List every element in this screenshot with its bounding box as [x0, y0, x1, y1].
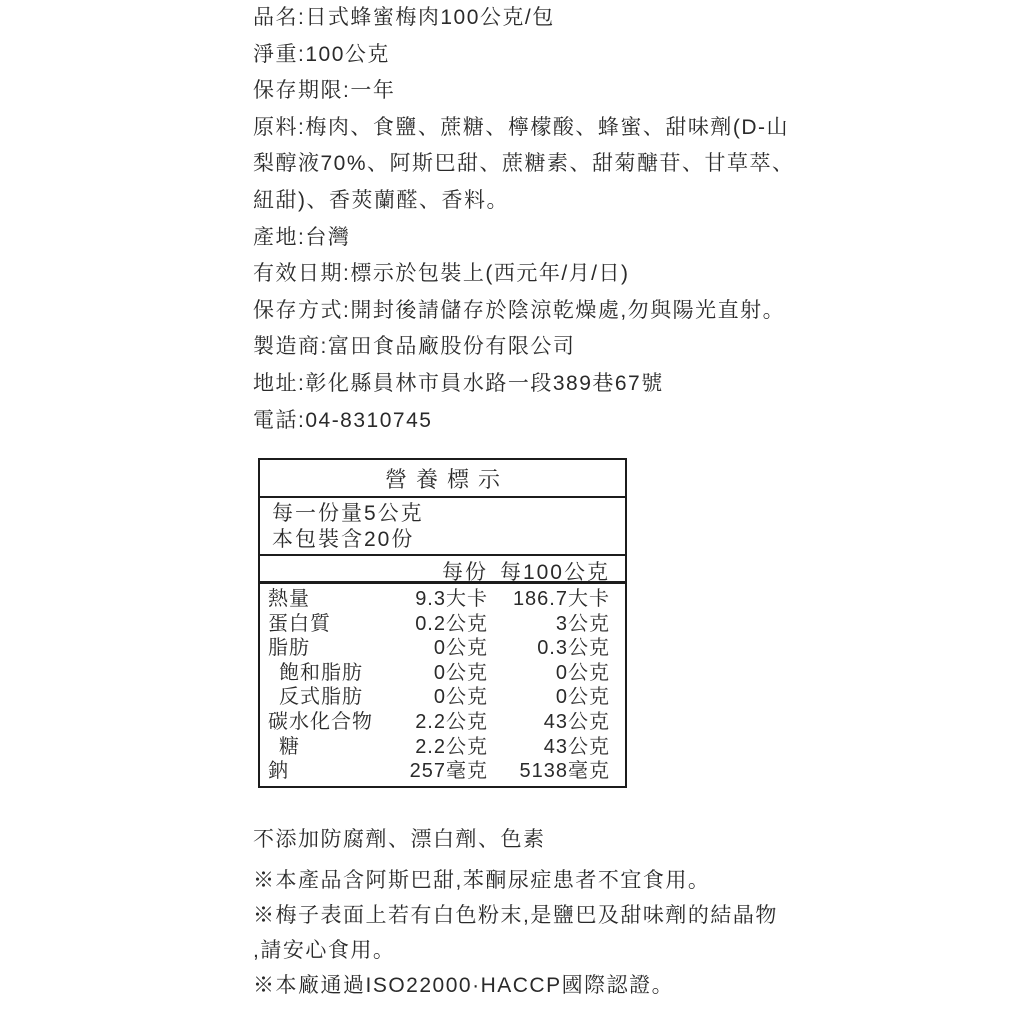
per-100g-value: 5138毫克 — [488, 759, 610, 784]
manufacturer-line: 製造商:富田食品廠股份有限公司 — [253, 329, 853, 366]
storage-method-line: 保存方式:開封後請儲存於陰涼乾燥處,勿與陽光直射。 — [253, 293, 853, 330]
per-100g-value: 0.3公克 — [488, 636, 610, 661]
per-serving-value: 0公克 — [396, 661, 488, 686]
table-row-sodium: 鈉 257毫克 5138毫克 — [260, 759, 625, 784]
servings-per-pack-text: 本包裝含20份 — [272, 527, 625, 553]
shelf-life-line: 保存期限:一年 — [253, 73, 853, 110]
per-100g-value: 43公克 — [488, 710, 610, 735]
nutrient-label: 蛋白質 — [268, 612, 396, 637]
per-100g-value: 186.7大卡 — [488, 587, 610, 612]
certification-line: ※本廠通過ISO22000·HACCP國際認證。 — [253, 968, 873, 1003]
per-serving-value: 257毫克 — [396, 759, 488, 784]
column-header-per-serving: 每份 — [396, 556, 488, 586]
nutrient-label: 熱量 — [268, 587, 396, 612]
serving-info-section: 每一份量5公克 本包裝含20份 — [260, 498, 625, 556]
per-serving-value: 0公克 — [396, 685, 488, 710]
per-serving-value: 0.2公克 — [396, 612, 488, 637]
nutrient-label: 鈉 — [268, 759, 396, 784]
per-100g-value: 0公克 — [488, 685, 610, 710]
ingredients-line-3: 紐甜)、香莢蘭醛、香料。 — [253, 183, 853, 220]
nutrition-column-header: 每份 每100公克 — [260, 556, 625, 584]
product-name-line: 品名:日式蜂蜜梅肉100公克/包 — [253, 0, 853, 37]
product-label: 品名:日式蜂蜜梅肉100公克/包 淨重:100公克 保存期限:一年 原料:梅肉、… — [0, 0, 1024, 1024]
table-row-fat: 脂肪 0公克 0.3公克 — [260, 636, 625, 661]
nutrient-label: 脂肪 — [268, 636, 396, 661]
net-weight-line: 淨重:100公克 — [253, 37, 853, 74]
per-serving-value: 0公克 — [396, 636, 488, 661]
expiry-date-line: 有效日期:標示於包裝上(西元年/月/日) — [253, 256, 853, 293]
nutrient-label: 碳水化合物 — [268, 710, 396, 735]
phone-line: 電話:04-8310745 — [253, 403, 853, 440]
nutrition-table-body: 熱量 9.3大卡 186.7大卡 蛋白質 0.2公克 3公克 脂肪 0公克 0.… — [260, 584, 625, 786]
table-row-protein: 蛋白質 0.2公克 3公克 — [260, 612, 625, 637]
table-row-trans-fat: 反式脂肪 0公克 0公克 — [260, 685, 625, 710]
per-serving-value: 2.2公克 — [396, 710, 488, 735]
per-100g-value: 0公克 — [488, 661, 610, 686]
aspartame-warning-line: ※本產品含阿斯巴甜,苯酮尿症患者不宜食用。 — [253, 863, 873, 898]
serving-size-text: 每一份量5公克 — [272, 501, 625, 527]
address-line: 地址:彰化縣員林市員水路一段389巷67號 — [253, 366, 853, 403]
nutrient-label: 飽和脂肪 — [268, 661, 396, 686]
table-row-carbohydrate: 碳水化合物 2.2公克 43公克 — [260, 710, 625, 735]
table-row-saturated-fat: 飽和脂肪 0公克 0公克 — [260, 661, 625, 686]
per-100g-value: 3公克 — [488, 612, 610, 637]
ingredients-line-2: 梨醇液70%、阿斯巴甜、蔗糖素、甜菊醣苷、甘草萃、 — [253, 146, 853, 183]
column-header-per-100g: 每100公克 — [488, 556, 610, 586]
white-powder-note-line-2: ,請安心食用。 — [253, 933, 873, 968]
table-row-sugar: 糖 2.2公克 43公克 — [260, 735, 625, 760]
origin-line: 產地:台灣 — [253, 220, 853, 257]
product-info-block: 品名:日式蜂蜜梅肉100公克/包 淨重:100公克 保存期限:一年 原料:梅肉、… — [253, 0, 853, 439]
no-additives-line: 不添加防腐劑、漂白劑、色素 — [253, 822, 873, 857]
per-serving-value: 9.3大卡 — [396, 587, 488, 612]
footnotes-block: 不添加防腐劑、漂白劑、色素 ※本產品含阿斯巴甜,苯酮尿症患者不宜食用。 ※梅子表… — [253, 822, 873, 1003]
nutrition-table-title: 營養標示 — [260, 460, 625, 498]
white-powder-note-line-1: ※梅子表面上若有白色粉末,是鹽巴及甜味劑的結晶物 — [253, 898, 873, 933]
nutrient-label: 反式脂肪 — [268, 685, 396, 710]
per-100g-value: 43公克 — [488, 735, 610, 760]
ingredients-line-1: 原料:梅肉、食鹽、蔗糖、檸檬酸、蜂蜜、甜味劑(D-山 — [253, 110, 853, 147]
table-row-calories: 熱量 9.3大卡 186.7大卡 — [260, 587, 625, 612]
nutrient-label: 糖 — [268, 735, 396, 760]
per-serving-value: 2.2公克 — [396, 735, 488, 760]
nutrition-facts-table: 營養標示 每一份量5公克 本包裝含20份 每份 每100公克 熱量 9.3大卡 … — [258, 458, 627, 788]
